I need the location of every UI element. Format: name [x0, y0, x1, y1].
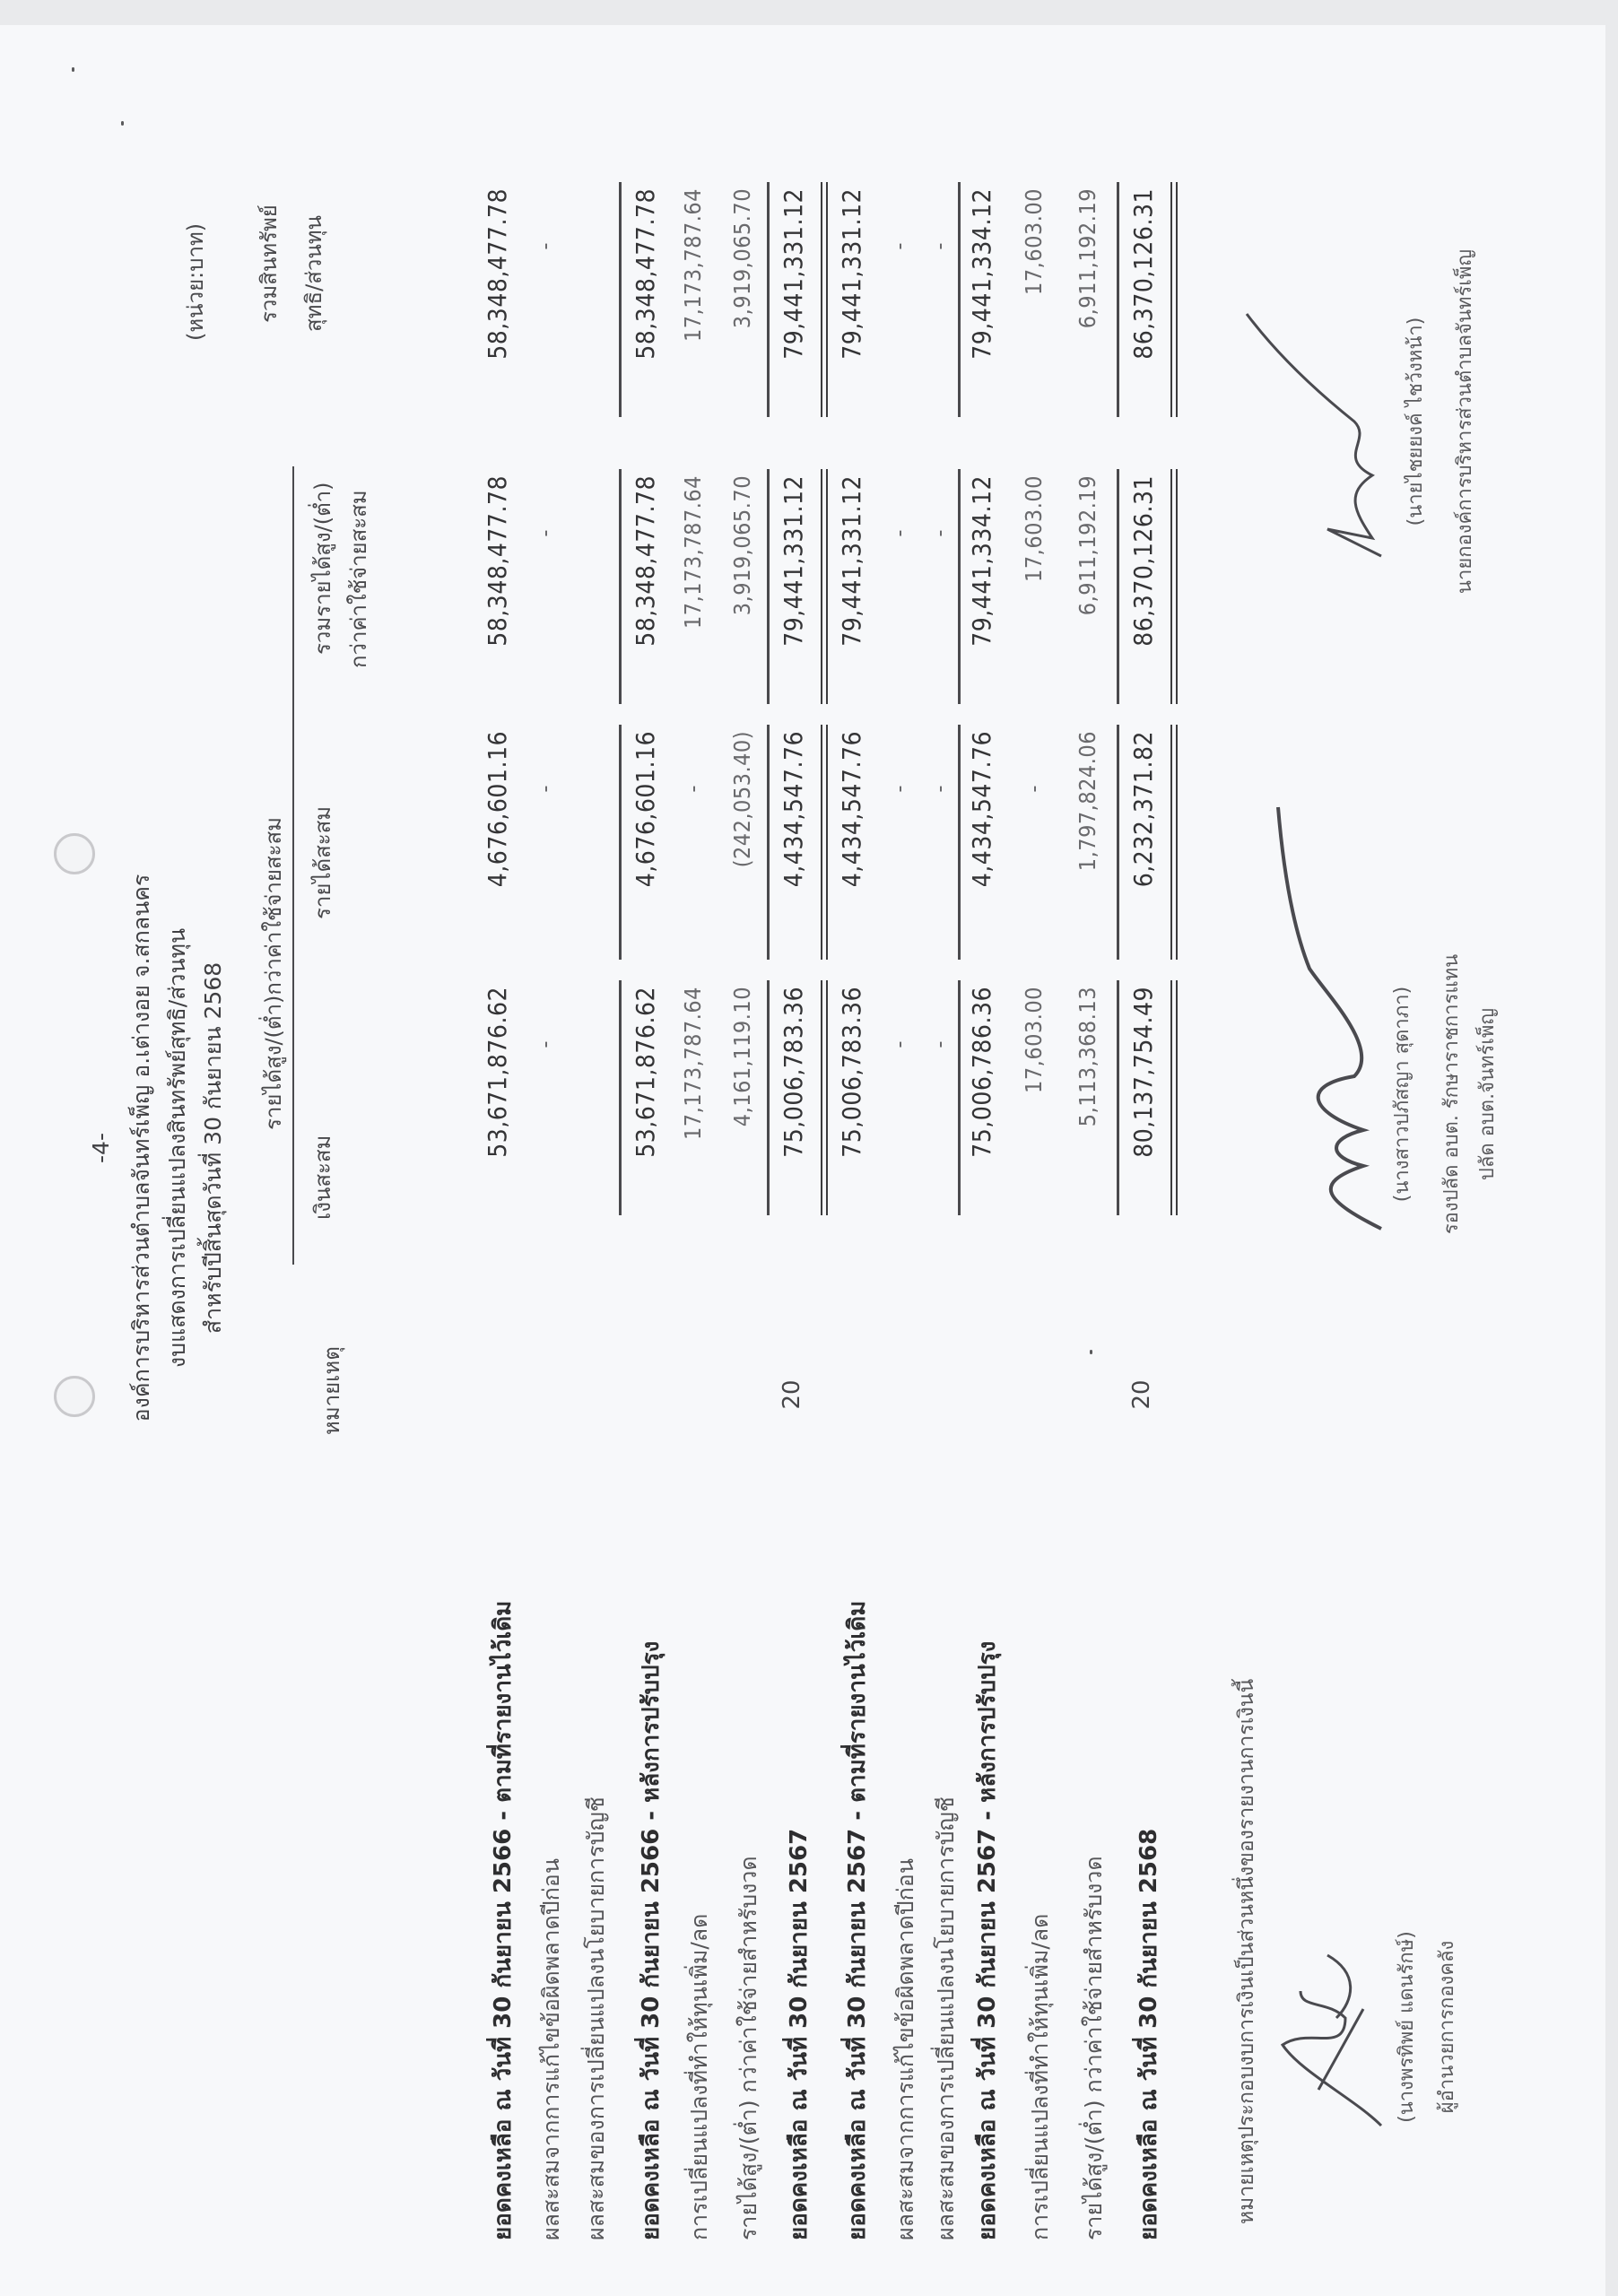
header-total-surplus-1: รวมรายได้สูง/(ต่ำ)	[305, 482, 340, 655]
table-cell-funds: 75,006,783.36	[779, 987, 808, 1256]
header-total-surplus-2: กว่าค่าใช้จ่ายสะสม	[341, 490, 376, 668]
table-row-note: 20	[1128, 1368, 1155, 1422]
header-net-assets-1: รวมสินทรัพย์	[251, 204, 286, 323]
table-rule	[958, 980, 961, 1215]
table-cell-funds: 53,671,876.62	[483, 987, 512, 1256]
table-cell-revenue: 4,434,547.76	[779, 731, 808, 1000]
table-rule	[767, 182, 770, 417]
table-rule	[1117, 980, 1119, 1215]
signatory-3-name: (นายไชยยงค์ ไชว้งหน้า)	[1399, 233, 1431, 610]
table-cell-revenue: (242,053.40)	[729, 731, 755, 1000]
table-cell-revenue: -	[532, 785, 558, 1054]
header-accumulated-revenue: รายได้สะสม	[305, 806, 340, 919]
table-rule	[619, 725, 622, 960]
table-cell-revenue: -	[1021, 785, 1047, 1054]
table-cell-net-assets: 58,348,477.78	[631, 188, 660, 457]
table-rule	[1170, 182, 1172, 417]
table-cell-net-assets: -	[886, 242, 912, 511]
table-row-label: ยอดคงเหลือ ณ วันที่ 30 กันยายน 2566 - ตา…	[484, 1601, 521, 2240]
table-rule	[1170, 469, 1172, 704]
period-title: สำหรับปีสิ้นสุดวันที่ 30 กันยายน 2568	[196, 0, 231, 2296]
table-cell-revenue: 4,434,547.76	[967, 731, 996, 1000]
scan-speck	[72, 67, 74, 72]
statement-title: งบแสดงการเปลี่ยนแปลงสินทรัพย์สุทธิ/ส่วนท…	[160, 0, 196, 2296]
table-cell-funds: 80,137,754.49	[1128, 987, 1158, 1256]
table-cell-total-surplus: -	[532, 529, 558, 798]
table-cell-net-assets: 58,348,477.78	[483, 188, 512, 457]
signatory-1-name: (นางพรทิพย์ แดนรักษ์)	[1390, 1883, 1422, 2170]
table-row-label: การเปลี่ยนแปลงที่ทำให้ทุนเพิ่ม/ลด	[682, 1914, 718, 2240]
table-cell-net-assets: 17,603.00	[1021, 188, 1047, 457]
table-cell-net-assets: 79,441,334.12	[967, 188, 996, 457]
header-group: รายได้สูง/(ต่ำ)กว่าค่าใช้จ่ายสะสม	[256, 817, 291, 1130]
table-cell-net-assets: 86,370,126.31	[1128, 188, 1158, 457]
table-row-label: ผลสะสมจากการแก้ไขข้อผิดพลาดปีก่อน	[888, 1858, 924, 2240]
statement-page: -4- องค์การบริหารส่วนตำบลจันทร์เพ็ญ อ.เต…	[0, 0, 1618, 2296]
table-rule	[1170, 980, 1172, 1215]
table-rule	[767, 725, 770, 960]
signatory-2-title-2: ปลัด อบต.จันทร์เพ็ญ	[1471, 888, 1502, 1300]
table-cell-total-surplus: 86,370,126.31	[1128, 475, 1158, 744]
table-cell-revenue: 4,676,601.16	[483, 731, 512, 1000]
table-rule	[958, 469, 961, 704]
table-cell-total-surplus: 17,173,787.64	[680, 475, 706, 744]
table-cell-total-surplus: 3,919,065.70	[729, 475, 755, 744]
table-rule	[821, 469, 822, 704]
table-cell-revenue: 4,434,547.76	[837, 731, 866, 1000]
header-accumulated-funds: เงินสะสม	[305, 1135, 340, 1220]
table-cell-funds: -	[532, 1040, 558, 1309]
table-rule	[821, 980, 822, 1215]
table-rule	[958, 182, 961, 417]
table-cell-net-assets: 79,441,331.12	[779, 188, 808, 457]
signatory-2-title-1: รองปลัด อบต. รักษาราชการแทน	[1435, 888, 1466, 1300]
org-title: องค์การบริหารส่วนตำบลจันทร์เพ็ญ อ.เต่างอ…	[124, 0, 160, 2296]
table-row-label: ผลสะสมของการเปลี่ยนแปลงนโยบายการบัญชี	[928, 1796, 964, 2240]
table-cell-total-surplus: 17,603.00	[1021, 475, 1047, 744]
table-rule	[821, 725, 822, 960]
table-cell-revenue: -	[680, 785, 706, 1054]
signatory-3-title: นายกองค์การบริหารส่วนตำบลจันทร์เพ็ญ	[1448, 188, 1480, 655]
table-rule	[1117, 469, 1119, 704]
table-row-label: ผลสะสมของการเปลี่ยนแปลงนโยบายการบัญชี	[578, 1796, 614, 2240]
table-rule	[619, 469, 622, 704]
table-rule	[619, 182, 622, 417]
table-row-note: 20	[779, 1368, 805, 1422]
table-row-label: ยอดคงเหลือ ณ วันที่ 30 กันยายน 2568	[1130, 1829, 1167, 2240]
table-cell-revenue: 4,676,601.16	[631, 731, 660, 1000]
table-rule	[767, 469, 770, 704]
table-cell-funds: 75,006,786.36	[967, 987, 996, 1256]
table-cell-funds: -	[886, 1040, 912, 1309]
unit-label: (หน่วย:บาท)	[178, 223, 213, 341]
table-cell-total-surplus: 79,441,334.12	[967, 475, 996, 744]
table-cell-net-assets: -	[926, 242, 953, 511]
table-cell-total-surplus: 6,911,192.19	[1074, 475, 1100, 744]
table-cell-revenue: 6,232,371.82	[1128, 731, 1158, 1000]
table-row-label: ยอดคงเหลือ ณ วันที่ 30 กันยายน 2566 - หล…	[632, 1641, 669, 2240]
handwritten-signature-icon	[1274, 798, 1399, 1265]
table-cell-total-surplus: 79,441,331.12	[779, 475, 808, 744]
table-cell-total-surplus: 79,441,331.12	[837, 475, 866, 744]
table-row-label: ยอดคงเหลือ ณ วันที่ 30 กันยายน 2567 - ตา…	[839, 1601, 875, 2240]
table-cell-total-surplus: -	[886, 529, 912, 798]
table-cell-revenue: -	[886, 785, 912, 1054]
signatory-1-title: ผู้อำนวยการกองคลัง	[1431, 1883, 1462, 2170]
table-rule	[1117, 182, 1119, 417]
table-row-label: ยอดคงเหลือ ณ วันที่ 30 กันยายน 2567	[780, 1829, 817, 2240]
header-net-assets-2: สุทธิ/ส่วนทุน	[296, 215, 331, 332]
header-note: หมายเหตุ	[314, 1346, 349, 1435]
table-cell-funds: 4,161,119.10	[729, 987, 755, 1256]
table-rule	[1117, 725, 1119, 960]
table-cell-funds: 5,113,368.13	[1074, 987, 1100, 1256]
table-row-label: รายได้สูง/(ต่ำ) กว่าค่าใช้จ่ายสำหรับงวด	[731, 1856, 767, 2240]
table-rule	[958, 725, 961, 960]
table-cell-net-assets: 17,173,787.64	[680, 188, 706, 457]
table-cell-net-assets: 6,911,192.19	[1074, 188, 1100, 457]
signatory-2-name: (นางสาวปภัสญา สุดาภา)	[1386, 888, 1417, 1300]
table-cell-funds: 53,671,876.62	[631, 987, 660, 1256]
table-rule	[767, 980, 770, 1215]
table-cell-net-assets: -	[532, 242, 558, 511]
table-cell-revenue: 1,797,824.06	[1074, 731, 1100, 1000]
table-cell-total-surplus: 58,348,477.78	[483, 475, 512, 744]
table-row-label: รายได้สูง/(ต่ำ) กว่าค่าใช้จ่ายสำหรับงวด	[1076, 1856, 1112, 2240]
page-number: -4-	[88, 0, 114, 2296]
table-cell-net-assets: 3,919,065.70	[729, 188, 755, 457]
scan-speck	[1090, 1350, 1092, 1354]
table-cell-net-assets: 79,441,331.12	[837, 188, 866, 457]
header-group-rule	[292, 466, 294, 1265]
table-cell-funds: -	[926, 1040, 953, 1309]
table-row-label: การเปลี่ยนแปลงที่ทำให้ทุนเพิ่ม/ลด	[1022, 1914, 1058, 2240]
table-rule	[821, 182, 822, 417]
table-cell-revenue: -	[926, 785, 953, 1054]
table-row-label: ยอดคงเหลือ ณ วันที่ 30 กันยายน 2567 - หล…	[969, 1641, 1005, 2240]
table-cell-total-surplus: -	[926, 529, 953, 798]
table-cell-total-surplus: 58,348,477.78	[631, 475, 660, 744]
table-rule	[1170, 725, 1172, 960]
table-row-label: ผลสะสมจากการแก้ไขข้อผิดพลาดปีก่อน	[534, 1858, 570, 2240]
table-cell-funds: 75,006,783.36	[837, 987, 866, 1256]
table-rule	[619, 980, 622, 1215]
handwritten-signature-icon	[1238, 305, 1399, 592]
